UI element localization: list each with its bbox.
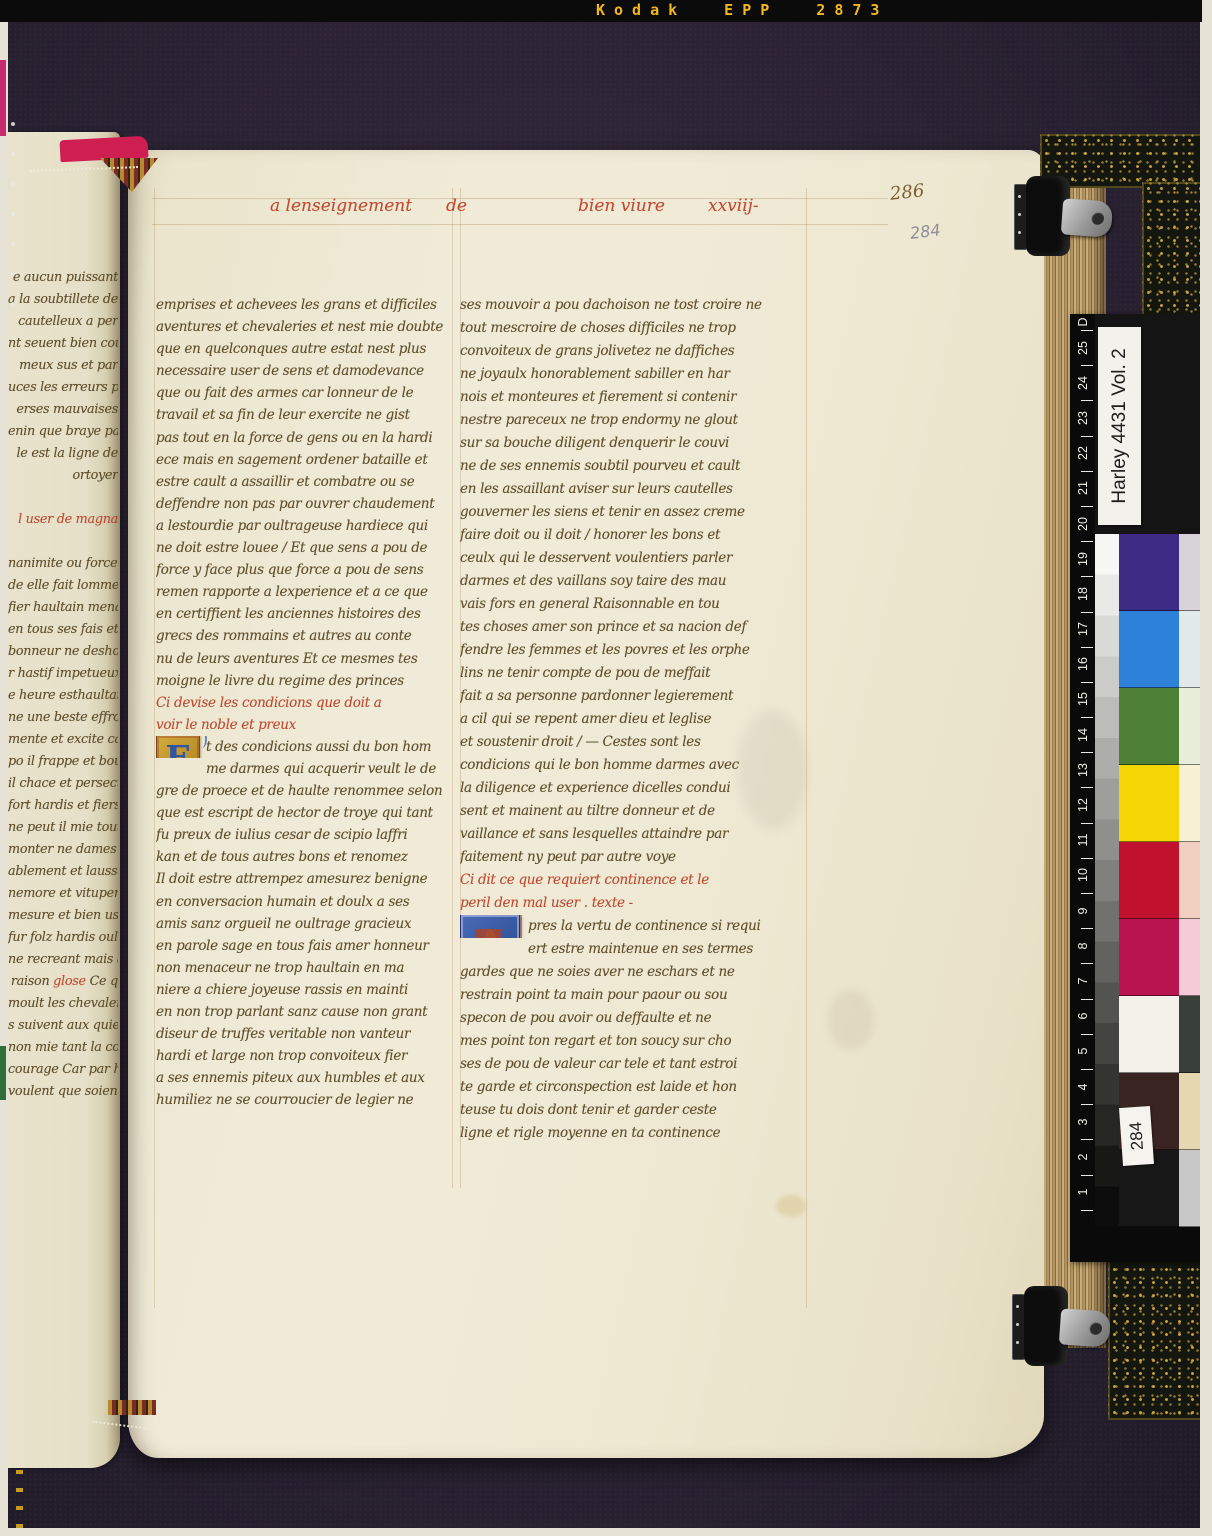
film-edge-pink-mark <box>0 60 6 136</box>
tint-patch-brown <box>1179 1073 1200 1150</box>
ruler-mark: 3 <box>1070 1104 1095 1139</box>
text-line: nanimite ou force pas <box>8 553 118 575</box>
text-line: fier haultain mena <box>8 597 118 619</box>
endband-bottom <box>108 1400 156 1415</box>
film-stock-label: Kodak EPP 2873 <box>596 1 888 19</box>
text-line: travail et sa fin de leur exercite ne gi… <box>156 404 462 426</box>
ruler-mark: D <box>1070 314 1095 330</box>
clip-metal-handle <box>1061 198 1113 237</box>
text-line: gre de proece et de haulte renommee selo… <box>156 780 462 802</box>
text-line: a lestourdie par oultrageuse hardiece qu… <box>156 515 462 537</box>
text-line: Et des condicions aussi du bon hom <box>156 736 462 758</box>
ruler-mark: 24 <box>1070 365 1095 400</box>
text-line: Il doit estre attrempez amesurez benigne <box>156 868 462 890</box>
text-line: cautelleux a per <box>8 311 118 333</box>
text-line: ne de ses ennemis soubtil pourveu et cau… <box>460 455 812 478</box>
text-line: a ses ennemis piteux aux humbles et aux <box>156 1067 462 1089</box>
text-line: ece mais en sagement ordener bataille et <box>156 449 462 471</box>
calibration-bar-header: Harley 4431 Vol. 2 <box>1095 314 1200 534</box>
rubric-line: Ci dit ce que requiert continence et le <box>460 869 812 892</box>
manuscript-page: a lenseignement de bien viure xxviij- 28… <box>128 150 1044 1458</box>
ruler-mark: 11 <box>1070 823 1095 858</box>
rubric-line: Ci devise les condicions que doit a <box>156 692 462 714</box>
ruler-mark: 1 <box>1070 1175 1095 1210</box>
text-line: fendre les femmes et les povres et les o… <box>460 639 812 662</box>
clip-metal-handle <box>1059 1308 1111 1347</box>
text-line: hardi et large non trop convoiteux fier <box>156 1045 462 1067</box>
tint-patch-yellow <box>1179 765 1200 842</box>
gilt-cover-border <box>1108 1250 1200 1420</box>
folio-number-pencil: 284 <box>909 220 942 243</box>
ruler-mark: 16 <box>1070 647 1095 682</box>
text-line: convoiteux de grans jolivetez ne daffich… <box>460 340 812 363</box>
color-calibration-bar: D252423222120191817161514131211109876543… <box>1070 314 1200 1262</box>
color-patch-red <box>1119 842 1179 919</box>
text-line: gardes que ne soies aver ne eschars et n… <box>460 961 812 984</box>
text-line: raison glose Ce q <box>8 971 118 993</box>
text-line: de elle fait lommes <box>8 575 118 597</box>
binder-clip-bottom <box>1012 1286 1112 1370</box>
text-line: en les assaillant aviser sur leurs caute… <box>460 478 812 501</box>
ruler-mark: 13 <box>1070 752 1095 787</box>
text-line: fort hardis et fiers <box>8 795 118 817</box>
text-line: sur sa bouche diligent denquerir le couv… <box>460 432 812 455</box>
tint-patches-column <box>1179 534 1200 1227</box>
color-patch-green <box>1119 688 1179 765</box>
running-header-part4: xxviij- <box>708 196 759 216</box>
text-line: ses de pou de valeur car tele et tant es… <box>460 1053 812 1076</box>
gilt-cover-border <box>1142 182 1200 322</box>
ruler-mark: 17 <box>1070 612 1095 647</box>
text-line: nemore et vituperant <box>8 883 118 905</box>
ruler-foot <box>1070 1210 1095 1262</box>
text-line: bonneur ne deshone <box>8 641 118 663</box>
text-line: a cil qui se repent amer dieu et leglise <box>460 708 812 731</box>
text-line: fu preux de iulius cesar de scipio laffr… <box>156 824 462 846</box>
folio-sticker-text: 284 <box>1126 1121 1148 1151</box>
color-patch-yellow <box>1119 765 1179 842</box>
text-column-left: emprises et achevees les grans et diffic… <box>156 294 462 1111</box>
text-line: mente et excite caily <box>8 729 118 751</box>
text-line: diseur de truffes veritable non vanteur <box>156 1023 462 1045</box>
text-line: teuse tu dois dont tenir et garder ceste <box>460 1099 812 1122</box>
text-line: humiliez ne se courroucier de legier ne <box>156 1089 462 1111</box>
text-line: kan et de tous autres bons et renomez <box>156 846 462 868</box>
ruler-mark: 7 <box>1070 963 1095 998</box>
binder-clip-top <box>1014 176 1114 260</box>
text-line: nt seuent bien cou <box>8 333 118 355</box>
tint-patch-purple <box>1179 534 1200 611</box>
folio-number-ink: 286 <box>889 180 925 204</box>
color-patch-blue <box>1119 611 1179 688</box>
text-line: remen rapporte a lexperience et a ce que <box>156 581 462 603</box>
text-line: fur folz hardis oultn <box>8 927 118 949</box>
text-line: emprises et achevees les grans et diffic… <box>156 294 462 316</box>
text-line: enin que braye par <box>8 421 118 443</box>
text-line: non mie tant la corps <box>8 1037 118 1059</box>
ruler-mark: 25 <box>1070 330 1095 365</box>
text-line: ses mouvoir a pou dachoison ne tost croi… <box>460 294 812 317</box>
text-line: en conversacion humain et doulx a ses <box>156 891 462 913</box>
text-line: faitement ny peut par autre voye <box>460 846 812 869</box>
text-line: s suivent aux quieulx <box>8 1015 118 1037</box>
ruler-mark: 4 <box>1070 1069 1095 1104</box>
text-line: Apres la vertu de continence si requi <box>460 915 812 938</box>
photograph-of-manuscript: { "film": { "kodak_label": "Kodak EPP 28… <box>0 0 1212 1536</box>
text-line: e heure esthaultain <box>8 685 118 707</box>
color-patch-magenta <box>1119 919 1179 996</box>
ruler-mark: 9 <box>1070 893 1095 928</box>
ruler-mark: 5 <box>1070 1034 1095 1069</box>
text-line: vaillance et sans lesquelles attaindre p… <box>460 823 812 846</box>
text-line: grecs des rommains et autres au conte <box>156 625 462 647</box>
rubric-line: voir le noble et preux <box>156 714 462 736</box>
text-line: ert estre maintenue en ses termes <box>460 938 812 961</box>
ruler-mark: 21 <box>1070 471 1095 506</box>
tint-patch-blue <box>1179 611 1200 688</box>
text-line: que est escript de hector de troye qui t… <box>156 802 462 824</box>
rubric-line: l user de magna <box>8 509 118 531</box>
grayscale-wedge <box>1095 534 1119 1227</box>
text-line: r hastif impetueux <box>8 663 118 685</box>
shelfmark-label: Harley 4431 Vol. 2 <box>1098 327 1141 525</box>
text-line: non menaceur ne trop haultain en ma <box>156 957 462 979</box>
text-line: ne doit estre louee / Et que sens a pou … <box>156 537 462 559</box>
text-line: te garde et circonspection est laide et … <box>460 1076 812 1099</box>
parchment-smudge <box>828 990 874 1050</box>
text-column-right: ses mouvoir a pou dachoison ne tost croi… <box>460 294 812 1145</box>
text-line: me darmes qui acquerir veult le de <box>156 758 462 780</box>
ruler-mark: 12 <box>1070 787 1095 822</box>
text-line: uces les erreurs pis <box>8 377 118 399</box>
text-line: courage Car par haut <box>8 1059 118 1081</box>
running-header-part2: de <box>446 196 467 216</box>
text-line: mes point ton regart et ton soucy sur ch… <box>460 1030 812 1053</box>
text-line: po il frappe et boute <box>8 751 118 773</box>
facing-page-text-column: e aucun puissanta la soubtillete decaute… <box>8 267 120 1103</box>
parchment-stain <box>776 1195 806 1217</box>
color-patch-purple <box>1119 534 1179 611</box>
text-line: ne peut il mie toutes <box>8 817 118 839</box>
ruling-line <box>154 188 155 1308</box>
text-line: specon de pou avoir ou deffaulte et ne <box>460 1007 812 1030</box>
ruling-line <box>152 224 888 225</box>
ruler-mark: 8 <box>1070 928 1095 963</box>
text-line: en parole sage en tous fais amer honneur <box>156 935 462 957</box>
text-line: nois et monteures et fierement si conten… <box>460 386 812 409</box>
text-line: que ou fait des armes car lonneur de le <box>156 382 462 404</box>
text-line: moigne le livre du regime des princes <box>156 670 462 692</box>
text-line: ceulx qui le desservent voulentiers parl… <box>460 547 812 570</box>
text-line: amis sanz orgueil ne oultrage gracieux <box>156 913 462 935</box>
text-line: monter ne dames mil <box>8 839 118 861</box>
text-line: vais fors en general Raisonnable en tou <box>460 593 812 616</box>
text-line: il chace et persecute <box>8 773 118 795</box>
text-line: restrain point ta main pour paour ou sou <box>460 984 812 1007</box>
text-line: estre cault a assaillir et combatre ou s… <box>156 471 462 493</box>
text-line: la diligence et experience dicelles cond… <box>460 777 812 800</box>
text-line: ligne et rigle moyenne en ta continence <box>460 1122 812 1145</box>
text-line <box>8 487 118 509</box>
ruler-scale: D252423222120191817161514131211109876543… <box>1070 314 1095 1262</box>
illuminated-initial-E: E <box>156 736 200 758</box>
tint-patch-red <box>1179 842 1200 919</box>
text-line: en certiffient les anciennes histoires d… <box>156 603 462 625</box>
text-line: nu de leurs aventures Et ce mesmes tes <box>156 648 462 670</box>
text-line: faire doit ou il doit / honorer les bons… <box>460 524 812 547</box>
text-line: lins ne tenir compte de pou de meffait <box>460 662 812 685</box>
ruler-mark: 23 <box>1070 400 1095 435</box>
illuminated-initial-A: A <box>460 915 520 938</box>
running-header-part3: bien viure <box>578 196 665 216</box>
text-line: moult les chevalereux <box>8 993 118 1015</box>
text-line: mesure et bien user de <box>8 905 118 927</box>
ruler-mark: 18 <box>1070 576 1095 611</box>
ruler-mark: 2 <box>1070 1139 1095 1174</box>
text-line: aventures et chevaleries et nest mie dou… <box>156 316 462 338</box>
text-line: a la soubtillete de <box>8 289 118 311</box>
text-line: le est la ligne de <box>8 443 118 465</box>
photo-area: e aucun puissanta la soubtillete decaute… <box>8 22 1200 1528</box>
text-line <box>8 531 118 553</box>
color-patch-white <box>1119 996 1179 1073</box>
tint-patch-magenta <box>1179 919 1200 996</box>
text-line: ablement et lausse <box>8 861 118 883</box>
running-header-part1: a lenseignement <box>270 196 412 216</box>
text-line: nestre pareceux ne trop endormy ne glout <box>460 409 812 432</box>
calibration-patches-section: Harley 4431 Vol. 2 284 <box>1095 314 1200 1262</box>
ruler-mark: 6 <box>1070 999 1095 1034</box>
ruler-mark: 20 <box>1070 506 1095 541</box>
text-line: darmes et des vaillans soy taire des mau <box>460 570 812 593</box>
ruler-mark: 10 <box>1070 858 1095 893</box>
folio-sticker: 284 <box>1119 1106 1154 1166</box>
calibration-bar-footer <box>1095 1227 1200 1262</box>
text-line: erses mauvaises <box>8 399 118 421</box>
film-edge-green-mark <box>0 1046 6 1100</box>
text-line: fait a sa personne pardonner legierement <box>460 685 812 708</box>
text-line: gouverner les siens et tenir en assez cr… <box>460 501 812 524</box>
text-line: tes choses amer son prince et sa nacion … <box>460 616 812 639</box>
text-line: en non trop parlant sanz cause non grant <box>156 1001 462 1023</box>
text-line: e aucun puissant <box>8 267 118 289</box>
text-line: niere a chiere joyeuse rassis en mainti <box>156 979 462 1001</box>
text-line: deffendre non pas par ouvrer chaudement <box>156 493 462 515</box>
text-line: ortoyer <box>8 465 118 487</box>
text-line: sent et mainent au tiltre donneur et de <box>460 800 812 823</box>
text-line: en tous ses fais et de <box>8 619 118 641</box>
tint-patch-black <box>1179 1150 1200 1227</box>
facing-page-edge: e aucun puissanta la soubtillete decaute… <box>8 132 120 1468</box>
ruler-mark: 15 <box>1070 682 1095 717</box>
ruling-line <box>152 198 888 199</box>
text-line: et soustenir droit / — Cestes sont les <box>460 731 812 754</box>
text-line: ne recreant mais a <box>8 949 118 971</box>
ruler-mark: 14 <box>1070 717 1095 752</box>
text-line: que en quelconques autre estat nest plus <box>156 338 462 360</box>
ruler-mark: 22 <box>1070 436 1095 471</box>
text-line: ne joyaulx honorablement sabiller en har <box>460 363 812 386</box>
text-line: condicions qui le bon homme darmes avec <box>460 754 812 777</box>
text-line: pas tout en la force de gens ou en la ha… <box>156 427 462 449</box>
tint-patch-white <box>1179 996 1200 1073</box>
ruler-mark: 19 <box>1070 541 1095 576</box>
shelfmark-label-text: Harley 4431 Vol. 2 <box>1109 348 1131 503</box>
text-line: ne une beste effroyee <box>8 707 118 729</box>
tint-patch-green <box>1179 688 1200 765</box>
text-line: meux sus et par <box>8 355 118 377</box>
rubric-line: peril den mal user . texte - <box>460 892 812 915</box>
text-line: necessaire user de sens et damodevance <box>156 360 462 382</box>
film-strip-top: Kodak EPP 2873 <box>0 0 1202 22</box>
text-line: voulent que soient <box>8 1081 118 1103</box>
text-line: tout mescroire de choses difficiles ne t… <box>460 317 812 340</box>
text-line: force y face plus que force a pou de sen… <box>156 559 462 581</box>
